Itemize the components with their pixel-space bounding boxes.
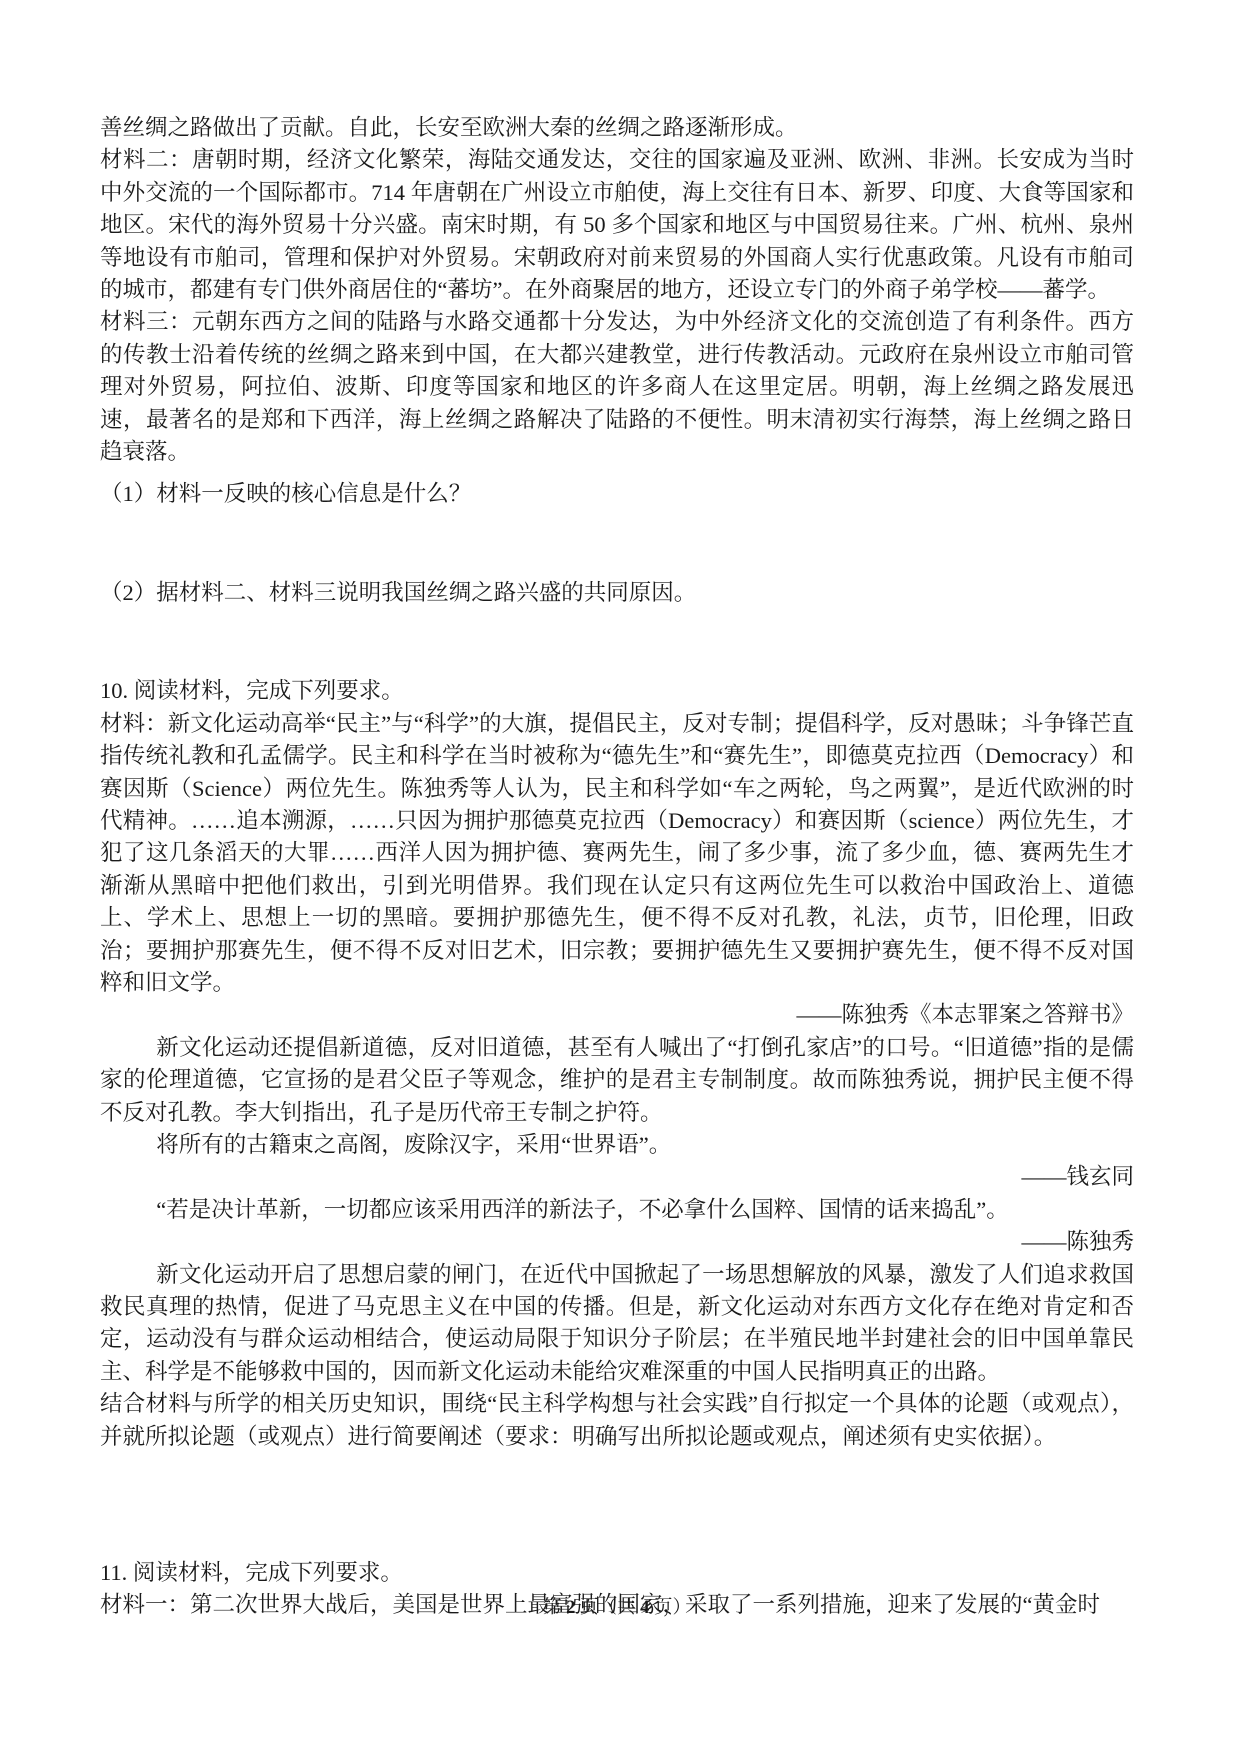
paragraph-material2: 材料二：唐朝时期，经济文化繁荣，海陆交通发达，交往的国家遍及亚洲、欧洲、非洲。长… bbox=[100, 144, 1134, 306]
footer-label-prefix: 第 bbox=[543, 1598, 566, 1618]
paragraph-quote-revolution: “若是决计革新，一切都应该采用西洋的新法子，不必拿什么国粹、国情的话来捣乱”。 bbox=[100, 1194, 1134, 1226]
paragraph-new-culture-impact: 新文化运动开启了思想启蒙的闸门，在近代中国掀起了一场思想解放的风暴，激发了人们追… bbox=[100, 1259, 1134, 1389]
question-9-part2: （2）据材料二、材料三说明我国丝绸之路兴盛的共同原因。 bbox=[100, 577, 1134, 609]
attribution-chen-duxiu-benzhi: ——陈独秀《本志罪案之答辩书》 bbox=[100, 999, 1134, 1031]
footer-label-middle: 页（共 bbox=[575, 1598, 640, 1618]
footer-label-suffix: 页） bbox=[649, 1598, 691, 1618]
document-page: 善丝绸之路做出了贡献。自此，长安至欧洲大秦的丝绸之路逐渐形成。 材料二：唐朝时期… bbox=[0, 0, 1234, 1748]
page-footer: 第 2 页（共 4 页） bbox=[0, 1596, 1234, 1620]
paragraph-world-language: 将所有的古籍束之高阁，废除汉字，采用“世界语”。 bbox=[100, 1129, 1134, 1161]
question-9-part1: （1）材料一反映的核心信息是什么？ bbox=[100, 478, 1134, 510]
attribution-qian-xuantong: ——钱玄同 bbox=[100, 1161, 1134, 1193]
paragraph-material3: 材料三：元朝东西方之间的陆路与水路交通都十分发达，为中外经济文化的交流创造了有利… bbox=[100, 306, 1134, 468]
attribution-chen-duxiu: ——陈独秀 bbox=[100, 1226, 1134, 1258]
footer-total-pages: 4 bbox=[640, 1598, 649, 1618]
paragraph-new-morality: 新文化运动还提倡新道德，反对旧道德，甚至有人喊出了“打倒孔家店”的口号。“旧道德… bbox=[100, 1032, 1134, 1129]
paragraph-q10-material: 材料：新文化运动高举“民主”与“科学”的大旗，提倡民主，反对专制；提倡科学，反对… bbox=[100, 708, 1134, 1000]
page-content: 善丝绸之路做出了贡献。自此，长安至欧洲大秦的丝绸之路逐渐形成。 材料二：唐朝时期… bbox=[100, 112, 1134, 1622]
footer-page-number: 2 bbox=[566, 1598, 575, 1618]
question-10-task: 结合材料与所学的相关历史知识，围绕“民主科学构想与社会实践”自行拟定一个具体的论… bbox=[100, 1388, 1134, 1453]
question-10-heading: 10. 阅读材料，完成下列要求。 bbox=[100, 675, 1134, 707]
question-11-heading: 11. 阅读材料，完成下列要求。 bbox=[100, 1557, 1134, 1589]
paragraph-material1-continued: 善丝绸之路做出了贡献。自此，长安至欧洲大秦的丝绸之路逐渐形成。 bbox=[100, 112, 1134, 144]
